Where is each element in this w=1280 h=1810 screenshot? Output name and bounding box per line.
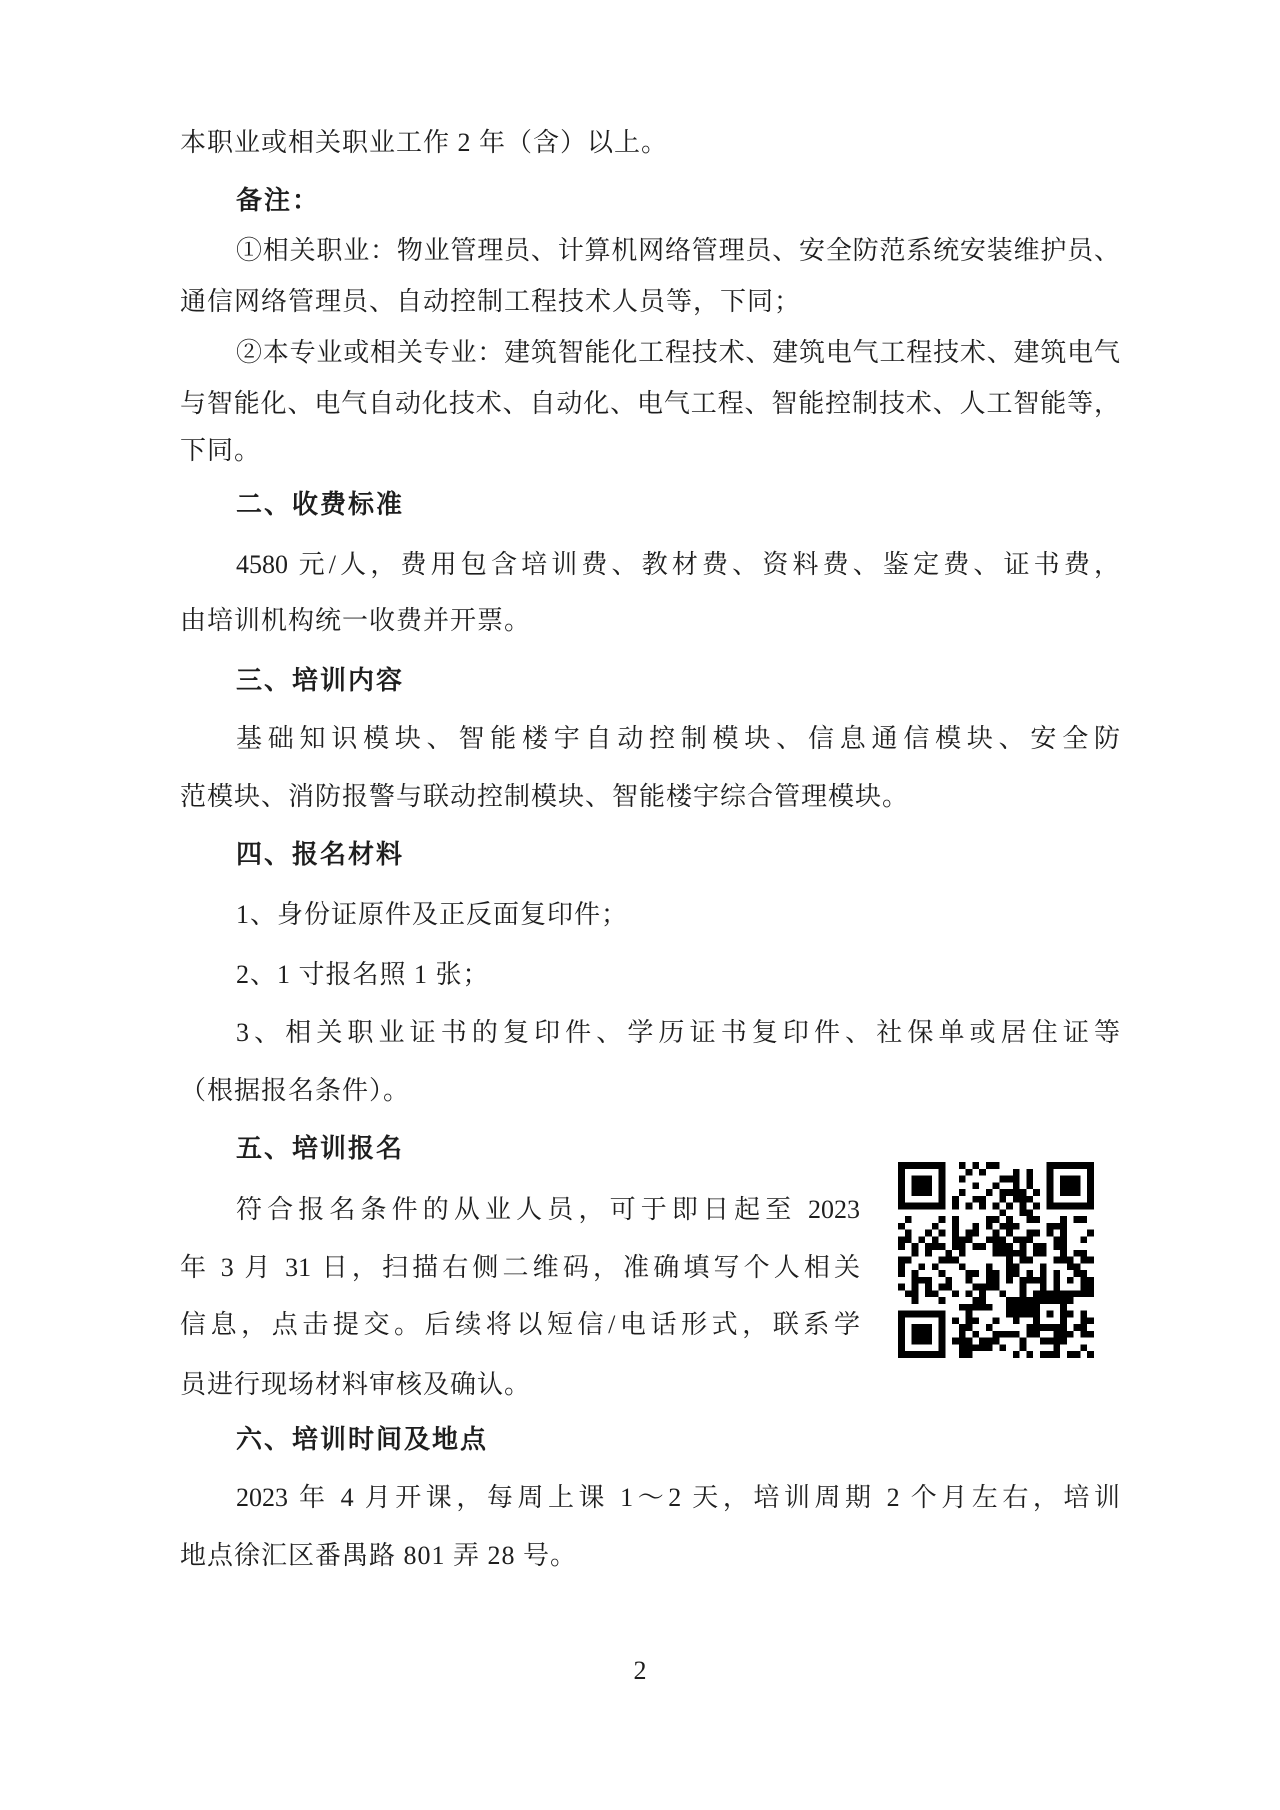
section-heading: 三、培训内容 (236, 664, 1120, 716)
text-line: 年 3 月 31 日，扫描右侧二维码，准确填写个人相关 (180, 1251, 860, 1303)
text-line: 符合报名条件的从业人员，可于即日起至 2023 (236, 1193, 860, 1245)
text-line: （根据报名条件）。 (180, 1074, 1120, 1126)
text-line: 1、身份证原件及正反面复印件； (236, 898, 1120, 950)
text-line: 基础知识模块、智能楼宇自动控制模块、信息通信模块、安全防 (236, 722, 1120, 774)
section-heading: 备注： (236, 184, 1120, 236)
text-line: 与智能化、电气自动化技术、自动化、电气工程、智能控制技术、人工智能等， (180, 387, 1120, 439)
text-line: 下同。 (180, 434, 1120, 486)
section-heading: 四、报名材料 (236, 838, 1120, 890)
text-line: 3、相关职业证书的复印件、学历证书复印件、社保单或居住证等 (236, 1016, 1120, 1068)
text-line: 通信网络管理员、自动控制工程技术人员等，下同； (180, 285, 1120, 337)
text-line: 4580 元/人，费用包含培训费、教材费、资料费、鉴定费、证书费， (236, 548, 1120, 600)
text-line: 2023 年 4 月开课，每周上课 1～2 天，培训周期 2 个月左右，培训 (236, 1481, 1120, 1533)
text-line: ①相关职业：物业管理员、计算机网络管理员、安全防范系统安装维护员、 (236, 234, 1120, 286)
page-number: 2 (0, 1656, 1280, 1686)
document-page: 本职业或相关职业工作 2 年（含）以上。备注：①相关职业：物业管理员、计算机网络… (0, 0, 1280, 1810)
registration-qr-code-icon (898, 1162, 1094, 1358)
text-line: 本职业或相关职业工作 2 年（含）以上。 (180, 126, 1120, 178)
text-line: 地点徐汇区番禺路 801 弄 28 号。 (180, 1539, 1120, 1591)
text-line: 员进行现场材料审核及确认。 (180, 1368, 860, 1420)
text-line: 信息，点击提交。后续将以短信/电话形式，联系学 (180, 1308, 860, 1360)
section-heading: 二、收费标准 (236, 488, 1120, 540)
text-line: 范模块、消防报警与联动控制模块、智能楼宇综合管理模块。 (180, 780, 1120, 832)
text-line: 2、1 寸报名照 1 张； (236, 958, 1120, 1010)
section-heading: 六、培训时间及地点 (236, 1423, 1120, 1475)
text-line: ②本专业或相关专业：建筑智能化工程技术、建筑电气工程技术、建筑电气 (236, 336, 1120, 388)
text-line: 由培训机构统一收费并开票。 (180, 604, 1120, 656)
